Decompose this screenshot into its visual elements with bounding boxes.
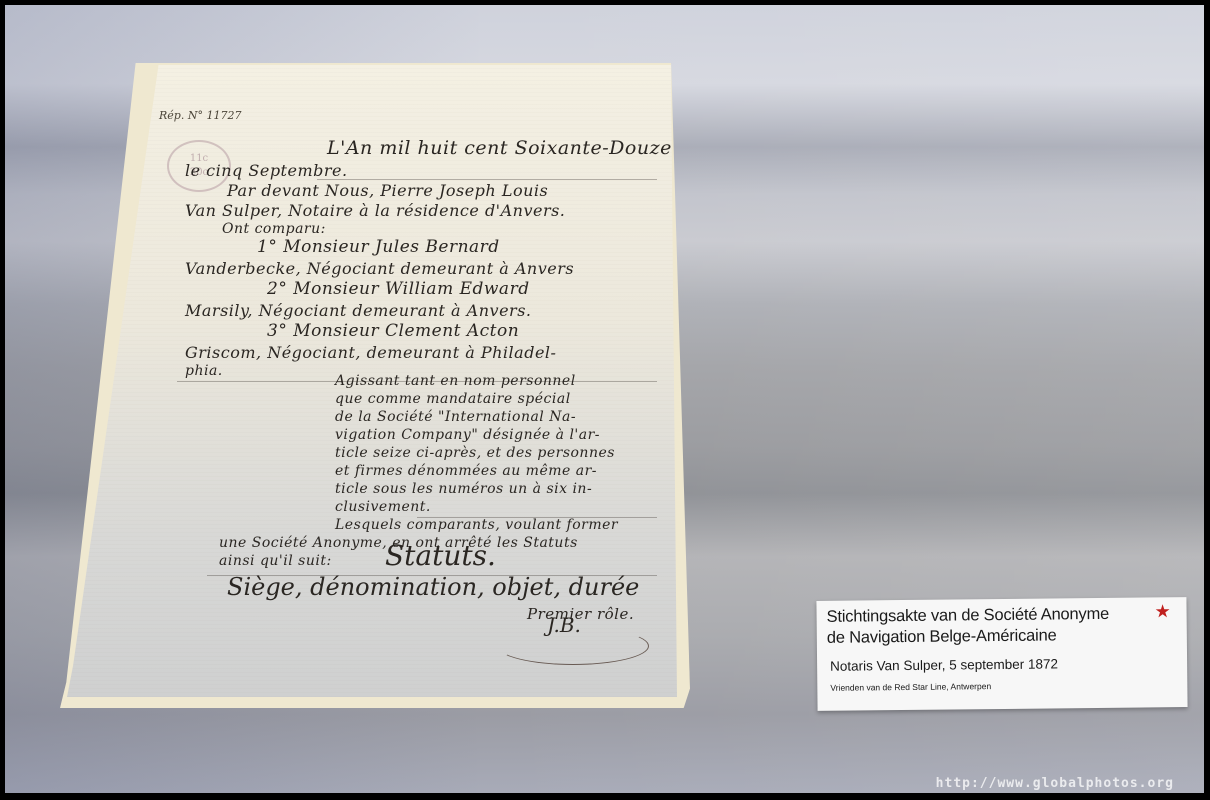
deed-line: Vanderbecke, Négociant demeurant à Anver… [185,259,574,278]
heading-statuts: Statuts. [385,539,496,572]
signature-flourish [497,627,649,665]
label-subtitle: Notaris Van Sulper, 5 september 1872 [830,656,1058,673]
deed-line: Agissant tant en nom personnel [335,373,576,389]
deed-line: ticle seize ci-après, et des personnes [335,445,615,461]
deed-line: 3° Monsieur Clement Acton [267,321,519,341]
deed-line: Lesquels comparants, voulant former [335,517,618,533]
label-title: Stichtingsakte van de Société Anonyme de… [826,604,1109,649]
label-title-line-2: de Navigation Belge-Américaine [827,625,1110,649]
deed-line: L'An mil huit cent Soixante-Douze [327,137,672,159]
heading-siege: Siège, dénomination, objet, durée [227,573,639,601]
museum-label: Stichtingsakte van de Société Anonyme de… [816,597,1187,711]
notarial-deed: Rép. N° 11727 11c 20c L'An mil huit cent… [67,65,677,697]
deed-line: vigation Company" désignée à l'ar- [335,427,600,443]
watermark: http://www.globalphotos.org [936,776,1174,791]
deed-line: ainsi qu'il suit: [219,553,332,569]
reference-number: Rép. N° 11727 [159,109,241,122]
deed-line: clusivement. [335,499,431,515]
deed-line: 1° Monsieur Jules Bernard [257,237,500,257]
photo-frame: Rép. N° 11727 11c 20c L'An mil huit cent… [5,5,1204,793]
deed-line: Ont comparu: [222,221,326,237]
deed-line: ticle sous les numéros un à six in- [335,481,592,497]
deed-line: de la Société "International Na- [335,409,576,425]
deed-line: 2° Monsieur William Edward [267,279,530,299]
deed-line: Griscom, Négociant, demeurant à Philadel… [185,343,556,362]
deed-line: Par devant Nous, Pierre Joseph Louis [227,181,548,200]
deed-line: Marsily, Négociant demeurant à Anvers. [185,301,531,320]
label-title-line-1: Stichtingsakte van de Société Anonyme [826,604,1109,628]
label-credit: Vrienden van de Red Star Line, Antwerpen [830,681,991,693]
deed-line: que comme mandataire spécial [335,391,571,407]
deed-line: et firmes dénommées au même ar- [335,463,597,479]
deed-line: Van Sulper, Notaire à la résidence d'Anv… [185,201,565,220]
red-star-icon: ★ [1154,601,1170,622]
rule-line [317,179,657,180]
deed-line: le cinq Septembre. [185,161,348,180]
deed-line: phia. [185,363,223,379]
